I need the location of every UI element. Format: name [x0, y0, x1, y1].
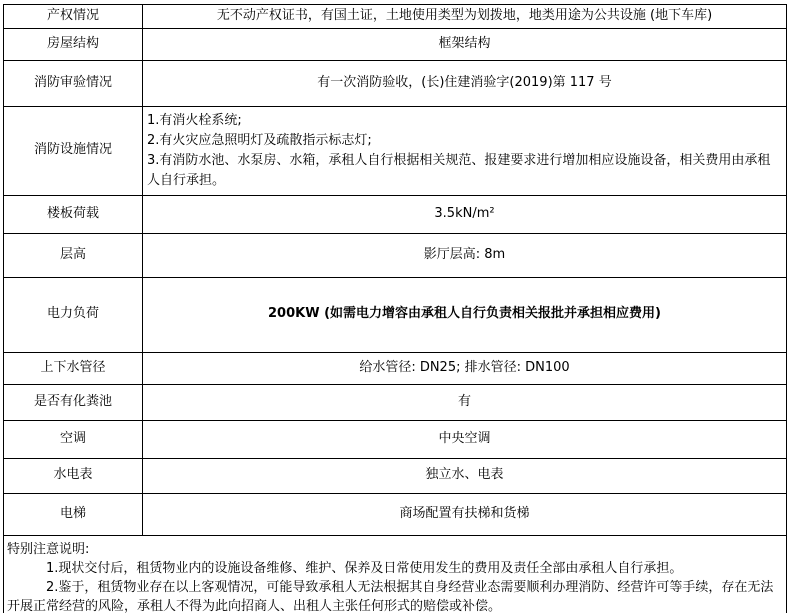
table-row: 楼板荷载3.5kN/m²: [4, 195, 787, 233]
property-spec-sheet: 产权情况无不动产权证书，有国土证，土地使用类型为划拨地，地类用途为公共设施 (地…: [0, 0, 793, 613]
notes-title: 特别注意说明:: [7, 540, 783, 559]
row-label: 上下水管径: [4, 352, 143, 384]
spec-table-body: 产权情况无不动产权证书，有国土证，土地使用类型为划拨地，地类用途为公共设施 (地…: [4, 5, 787, 613]
row-value: 3.5kN/m²: [143, 195, 787, 233]
notes-item: 2.鉴于，租赁物业存在以上客观情况，可能导致承租人无法根据其自身经营业态需要顺利…: [7, 578, 783, 613]
row-value: 有一次消防验收，(长)住建消验字(2019)第 117 号: [143, 60, 787, 106]
row-label: 空调: [4, 420, 143, 458]
row-label: 消防审验情况: [4, 60, 143, 106]
row-value: 商场配置有扶梯和货梯: [143, 493, 787, 535]
table-row: 消防设施情况1.有消火栓系统; 2.有火灾应急照明灯及疏散指示标志灯; 3.有消…: [4, 106, 787, 195]
row-label: 是否有化粪池: [4, 384, 143, 420]
row-value: 影厅层高: 8m: [143, 233, 787, 277]
row-label: 电梯: [4, 493, 143, 535]
row-value: 1.有消火栓系统; 2.有火灾应急照明灯及疏散指示标志灯; 3.有消防水池、水泵…: [143, 106, 787, 195]
notes-item: 1.现状交付后，租赁物业内的设施设备维修、维护、保养及日常使用发生的费用及责任全…: [7, 559, 783, 578]
table-row: 层高影厅层高: 8m: [4, 233, 787, 277]
table-row: 房屋结构框架结构: [4, 28, 787, 60]
row-value: 有: [143, 384, 787, 420]
table-row: 是否有化粪池有: [4, 384, 787, 420]
row-value: 200KW (如需电力增容由承租人自行负责相关报批并承担相应费用): [143, 277, 787, 352]
table-row: 产权情况无不动产权证书，有国土证，土地使用类型为划拨地，地类用途为公共设施 (地…: [4, 5, 787, 29]
notes-row: 特别注意说明:1.现状交付后，租赁物业内的设施设备维修、维护、保养及日常使用发生…: [4, 535, 787, 613]
row-label: 水电表: [4, 458, 143, 493]
row-label: 层高: [4, 233, 143, 277]
table-row: 电梯商场配置有扶梯和货梯: [4, 493, 787, 535]
table-row: 电力负荷200KW (如需电力增容由承租人自行负责相关报批并承担相应费用): [4, 277, 787, 352]
table-row: 水电表独立水、电表: [4, 458, 787, 493]
property-spec-table: 产权情况无不动产权证书，有国土证，土地使用类型为划拨地，地类用途为公共设施 (地…: [3, 4, 787, 613]
row-value: 框架结构: [143, 28, 787, 60]
table-row: 消防审验情况有一次消防验收，(长)住建消验字(2019)第 117 号: [4, 60, 787, 106]
row-label: 消防设施情况: [4, 106, 143, 195]
row-value: 给水管径: DN25; 排水管径: DN100: [143, 352, 787, 384]
table-row: 空调中央空调: [4, 420, 787, 458]
table-row: 上下水管径给水管径: DN25; 排水管径: DN100: [4, 352, 787, 384]
row-value: 中央空调: [143, 420, 787, 458]
row-label: 电力负荷: [4, 277, 143, 352]
row-label: 楼板荷载: [4, 195, 143, 233]
row-label: 房屋结构: [4, 28, 143, 60]
notes-cell: 特别注意说明:1.现状交付后，租赁物业内的设施设备维修、维护、保养及日常使用发生…: [4, 535, 787, 613]
row-value: 无不动产权证书，有国土证，土地使用类型为划拨地，地类用途为公共设施 (地下车库): [143, 5, 787, 29]
row-value: 独立水、电表: [143, 458, 787, 493]
row-label: 产权情况: [4, 5, 143, 29]
